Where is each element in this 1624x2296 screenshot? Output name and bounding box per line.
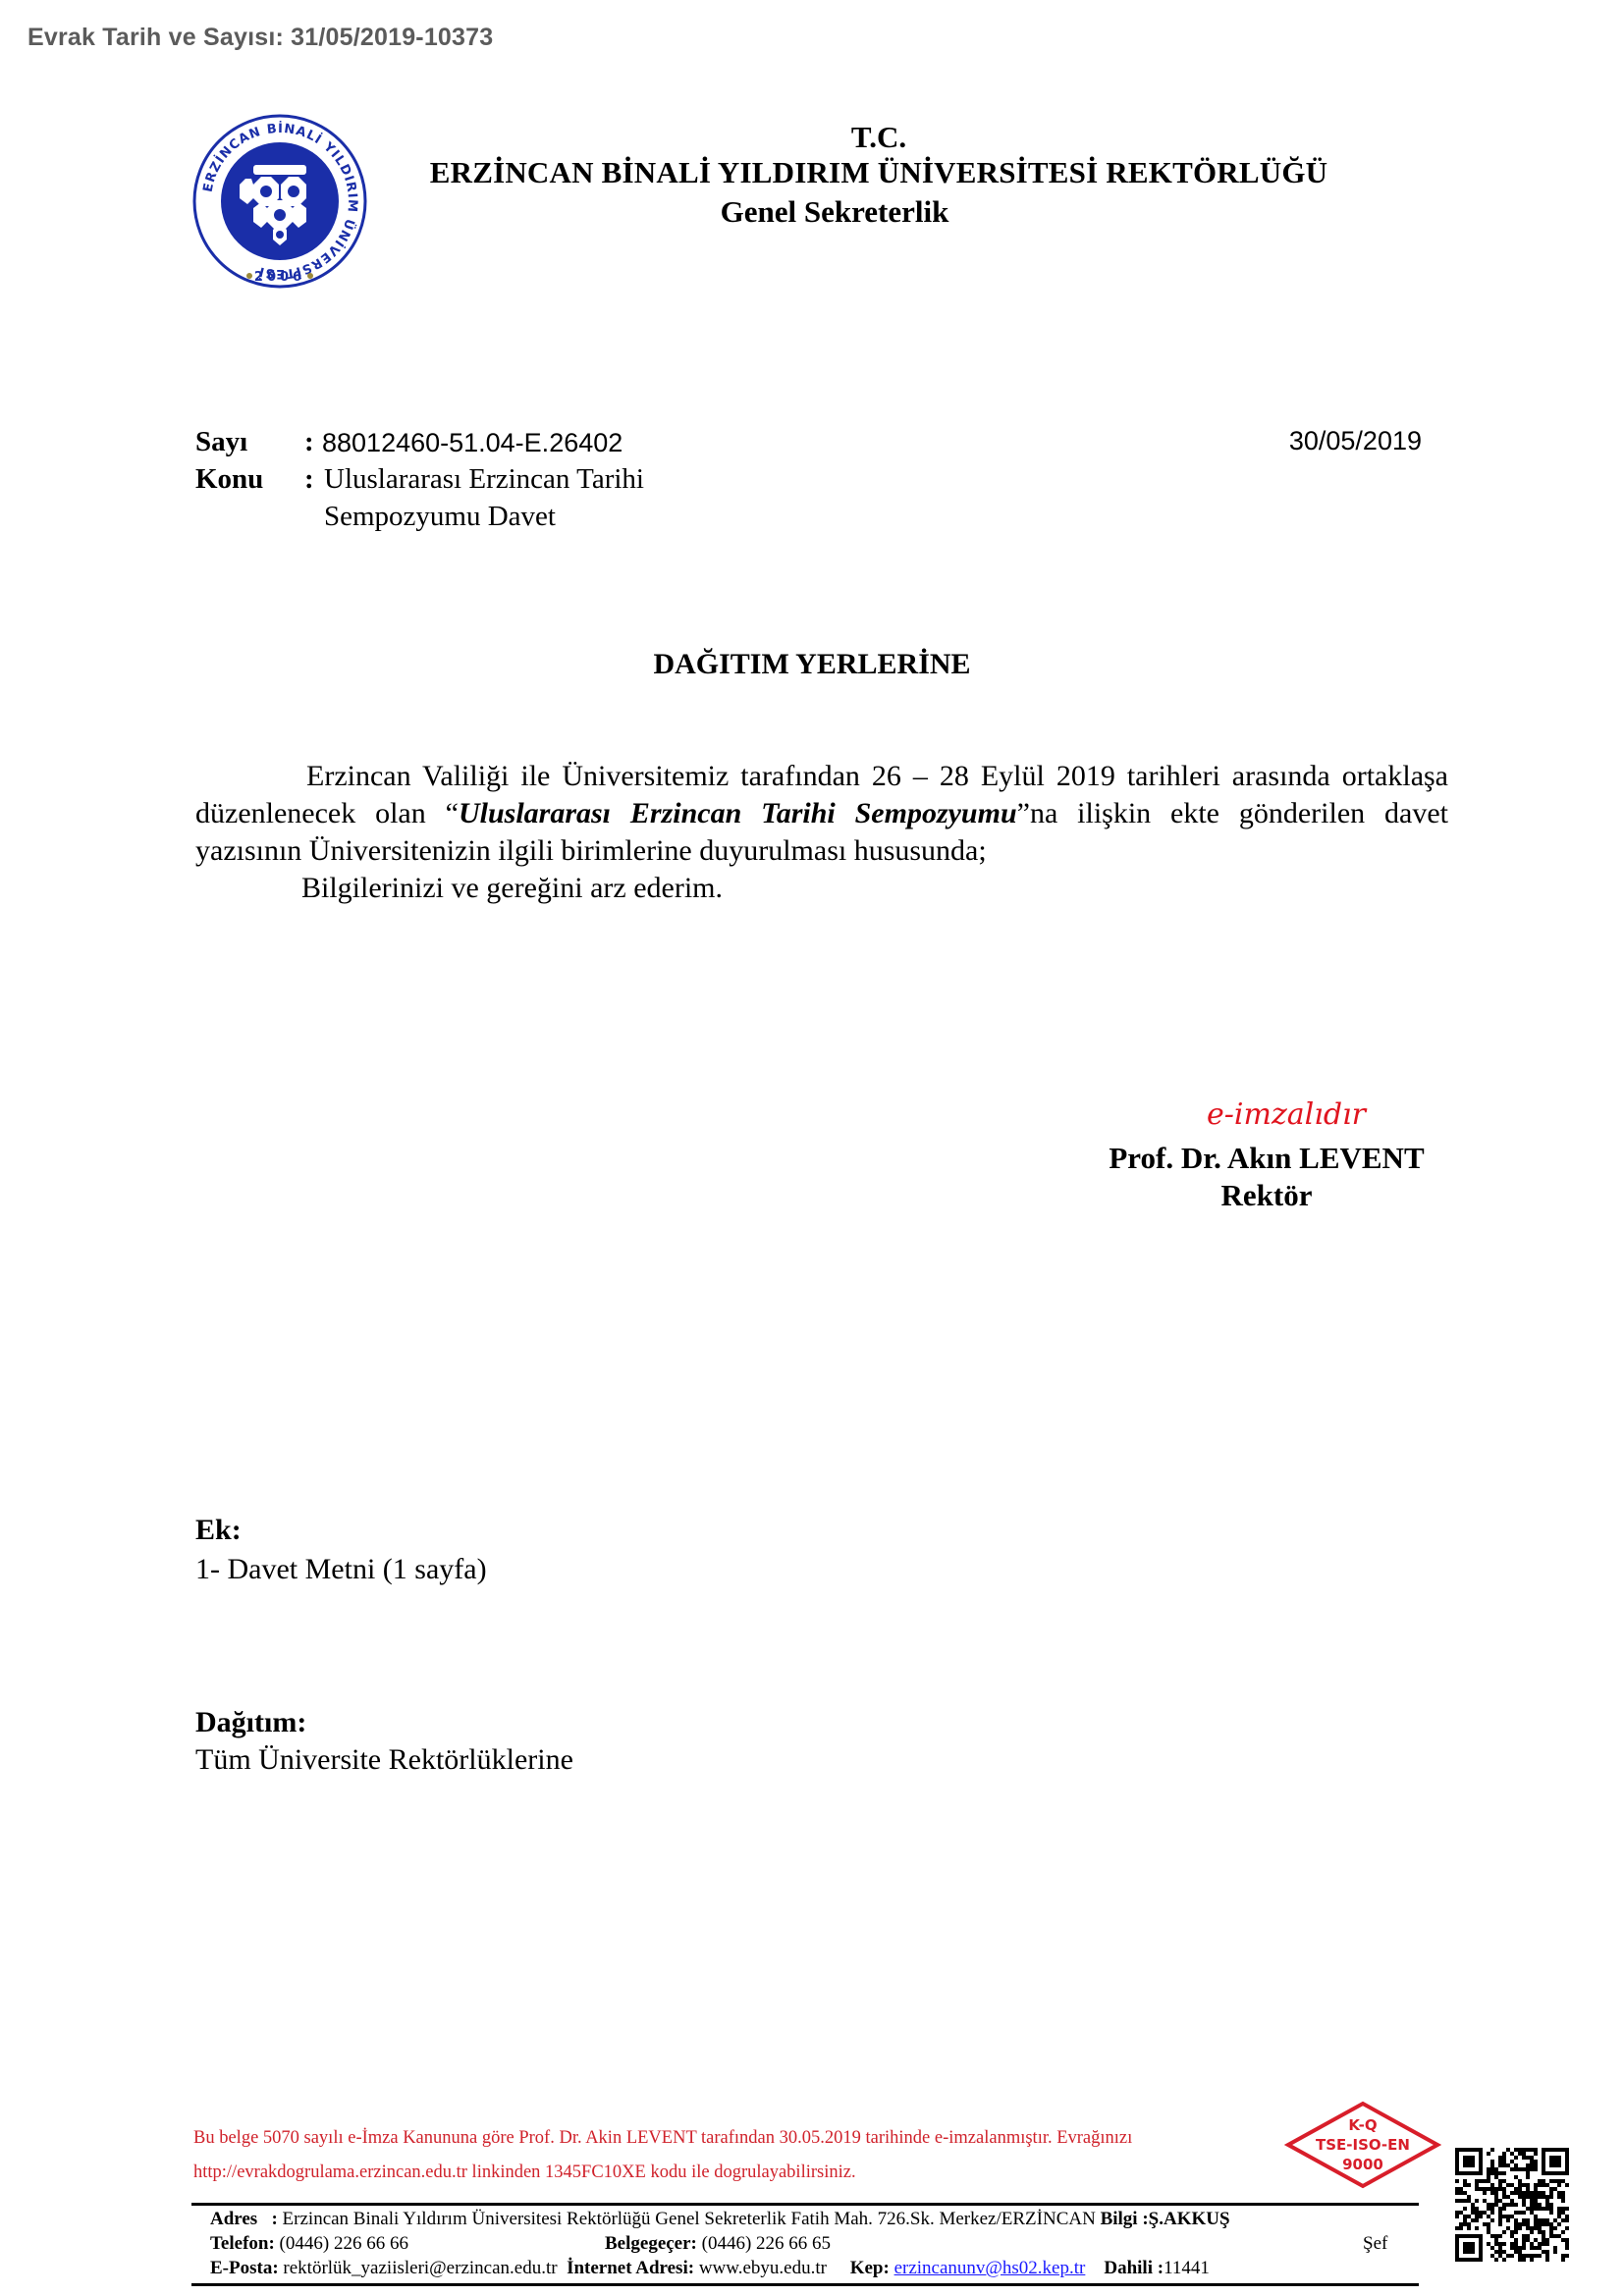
svg-text:K-Q: K-Q <box>1348 2116 1377 2134</box>
sayi-label: Sayı <box>195 426 247 458</box>
letterhead-university-name: ERZİNCAN BİNALİ YILDIRIM ÜNİVERSİTESİ RE… <box>373 155 1384 190</box>
footer-address-line: Adres : Erzincan Binali Yıldırım Ünivers… <box>210 2209 1230 2230</box>
university-seal-icon: ERZİNCAN BİNALİ YILDIRIM ÜNİVERSİTESİ 20… <box>192 114 367 289</box>
svg-text:9000: 9000 <box>1342 2156 1383 2173</box>
konu-line-1: Uluslararası Erzincan Tarihi <box>324 463 644 496</box>
konu-colon: : <box>304 463 314 496</box>
footer-email[interactable]: rektörlük_yaziisleri@erzincan.edu.tr <box>283 2258 557 2278</box>
document-date: 30/05/2019 <box>1289 426 1422 456</box>
footer-phone: (0446) 226 66 66 <box>280 2233 408 2254</box>
footer-address: Erzincan Binali Yıldırım Üniversitesi Re… <box>283 2209 1096 2229</box>
qr-code-icon[interactable] <box>1455 2148 1569 2262</box>
konu-label: Konu <box>195 463 263 496</box>
tse-iso-quality-mark-icon: K-Q TSE-ISO-EN 9000 <box>1284 2101 1441 2189</box>
closing-sentence: Bilgilerinizi ve gereğini arz ederim. <box>195 870 1448 907</box>
signatory-title: Rektör <box>1060 1178 1473 1213</box>
footer-kep-link[interactable]: erzincanunv@hs02.kep.tr <box>894 2258 1086 2278</box>
footer-extension: 11441 <box>1164 2258 1210 2278</box>
e-signature-verification-line-2: http://evrakdogrulama.erzincan.edu.tr li… <box>193 2163 856 2183</box>
attachments-heading: Ek: <box>195 1514 242 1547</box>
footer-contact-person: Ş.AKKUŞ <box>1149 2209 1230 2229</box>
signatory-name: Prof. Dr. Akın LEVENT <box>1060 1141 1473 1176</box>
addressee-heading: DAĞITIM YERLERİNE <box>0 648 1624 681</box>
letterhead-line-tc: T.C. <box>373 120 1384 155</box>
distribution-heading: Dağıtım: <box>195 1706 306 1739</box>
sayi-value: 88012460-51.04-E.26402 <box>322 428 623 458</box>
letter-body: Erzincan Valiliği ile Üniversitemiz tara… <box>195 758 1448 907</box>
footer-website[interactable]: www.ebyu.edu.tr <box>699 2258 827 2278</box>
symposium-title: Uluslararası Erzincan Tarihi Sempozyumu <box>459 797 1017 829</box>
e-signature-label: e-imzalıdır <box>1178 1097 1394 1132</box>
footer-bottom-divider <box>191 2283 1419 2286</box>
attachment-item: 1- Davet Metni (1 sayfa) <box>195 1553 487 1586</box>
footer-top-divider <box>191 2203 1419 2206</box>
e-signature-verification-line-1: Bu belge 5070 sayılı e-İmza Kanununa gör… <box>193 2128 1132 2149</box>
document-date-number-stamp: Evrak Tarih ve Sayısı: 31/05/2019-10373 <box>27 24 493 52</box>
footer-contact-role: Şef <box>1363 2233 1387 2255</box>
svg-text:TSE-ISO-EN: TSE-ISO-EN <box>1316 2136 1410 2154</box>
footer-phone-line: Telefon: (0446) 226 66 66 <box>210 2233 408 2255</box>
letterhead-department: Genel Sekreterlik <box>589 194 1080 230</box>
distribution-item: Tüm Üniversite Rektörlüklerine <box>195 1743 573 1777</box>
footer-fax: Belgegeçer: (0446) 226 66 65 <box>605 2233 831 2255</box>
body-paragraph: Erzincan Valiliği ile Üniversitemiz tara… <box>195 758 1448 870</box>
sayi-colon: : <box>304 426 314 458</box>
footer-online-line: E-Posta: rektörlük_yaziisleri@erzincan.e… <box>210 2258 1210 2279</box>
konu-line-2: Sempozyumu Davet <box>324 501 556 533</box>
svg-text:2006: 2006 <box>254 270 305 285</box>
